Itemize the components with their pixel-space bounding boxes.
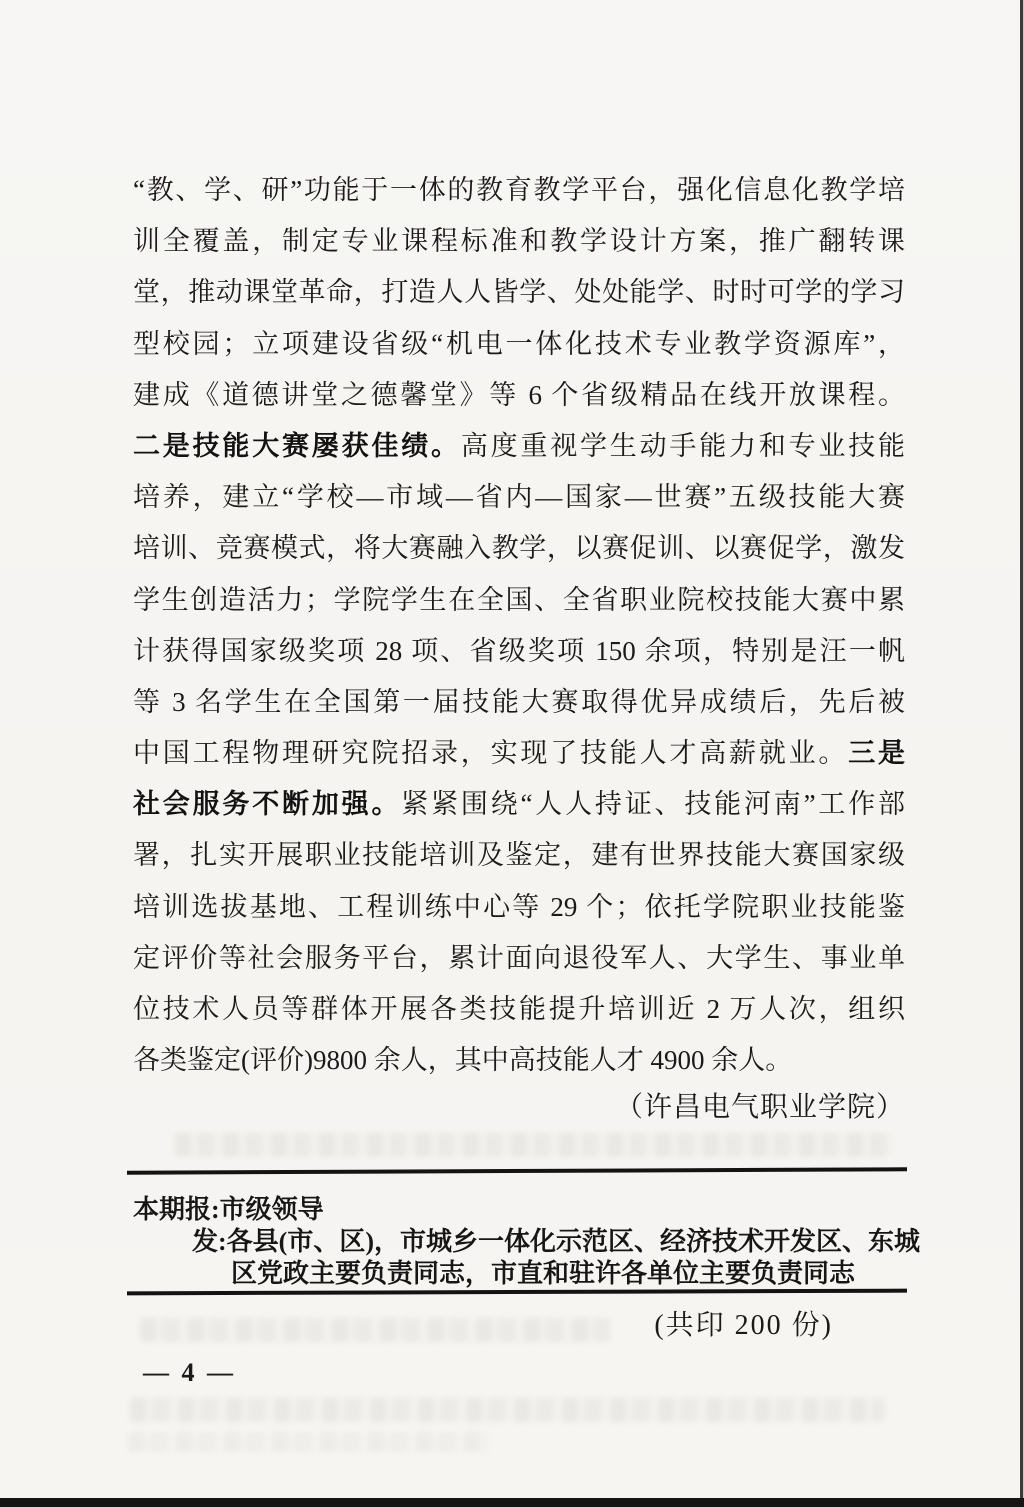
body-text-line: 训全覆盖，制定专业课程标准和教学设计方案，推广翻转课 — [133, 216, 905, 267]
footer-report-label: 本期报: — [133, 1195, 220, 1224]
body-text-line: 培养，建立“学校—市域—省内—国家—世赛”五级技能大赛 — [133, 472, 905, 523]
print-count-note: (共印 200 份) — [654, 1303, 833, 1343]
body-text-segment: 定评价等社会服务平台，累计面向退役军人、大学生、事业单 — [133, 943, 905, 973]
footer-report-row: 本期报:市级领导 — [133, 1195, 324, 1225]
body-text-segment: 训全覆盖，制定专业课程标准和教学设计方案，推广翻转课 — [133, 226, 905, 256]
body-text-segment: 学生创造活力；学院学生在全国、全省职业院校技能大赛中累 — [133, 585, 905, 615]
body-text-segment-bold: 二是技能大赛屡获佳绩。 — [133, 431, 461, 461]
body-text-line: “教、学、研”功能于一体的教育教学平台，强化信息化教学培 — [133, 165, 905, 216]
bleedthrough-ghost-text — [175, 1133, 895, 1157]
body-text-segment: “教、学、研”功能于一体的教育教学平台，强化信息化教学培 — [133, 175, 905, 205]
body-text-segment: 高度重视学生动手能力和专业技能 — [461, 431, 905, 461]
body-text-line: 学生创造活力；学院学生在全国、全省职业院校技能大赛中累 — [133, 575, 905, 626]
body-text-segment: 堂，推动课堂革命，打造人人皆学、处处能学、时时可学的学习 — [133, 277, 905, 307]
body-text-segment: 署，扎实开展职业技能培训及鉴定，建有世界技能大赛国家级 — [133, 840, 905, 870]
body-text-line: 培训选拔基地、工程训练中心等 29 个；依托学院职业技能鉴 — [133, 882, 905, 933]
body-text-segment: 型校园；立项建设省级“机电一体化技术专业教学资源库”， — [133, 329, 905, 359]
body-text-line: 位技术人员等群体开展各类技能提升培训近 2 万人次，组织 — [133, 984, 905, 1035]
footer-distribute-line2: 区党政主要负责同志，市直和驻许各单位主要负责同志 — [231, 1259, 855, 1288]
footer-distribute-row: 发:各县(市、区)，市城乡一体化示范区、经济技术开发区、东城 — [192, 1227, 920, 1257]
body-text-line: 等 3 名学生在全国第一届技能大赛取得优异成绩后，先后被 — [133, 677, 905, 728]
scanned-document-page: “教、学、研”功能于一体的教育教学平台，强化信息化教学培训全覆盖，制定专业课程标… — [0, 0, 1024, 1507]
bleedthrough-ghost-text — [128, 1432, 488, 1452]
bleedthrough-ghost-text — [140, 1318, 610, 1342]
body-text-line: 型校园；立项建设省级“机电一体化技术专业教学资源库”， — [133, 319, 905, 370]
body-text-segment: 中国工程物理研究院招录，实现了技能人才高薪就业。 — [133, 738, 848, 768]
page-number: — 4 — — [143, 1358, 236, 1388]
body-text-segment: 建成《道德讲堂之德馨堂》等 6 个省级精品在线开放课程。 — [133, 380, 905, 410]
print-count-text: (共印 200 份) — [654, 1310, 833, 1341]
bleedthrough-ghost-text — [130, 1398, 885, 1422]
separator-line-bottom — [127, 1289, 907, 1296]
body-text-line: 计获得国家级奖项 28 项、省级奖项 150 余项，特别是汪一帆 — [133, 626, 905, 677]
signature-text: （许昌电气职业学院） — [615, 1092, 905, 1123]
body-text-segment: 紧紧围绕“人人持证、技能河南”工作部 — [401, 789, 905, 819]
body-text-segment: 培养，建立“学校—市域—省内—国家—世赛”五级技能大赛 — [133, 482, 905, 512]
body-text-line: 堂，推动课堂革命，打造人人皆学、处处能学、时时可学的学习 — [133, 267, 905, 318]
body-text-segment: 等 3 名学生在全国第一届技能大赛取得优异成绩后，先后被 — [133, 687, 905, 717]
body-text-segment: 位技术人员等群体开展各类技能提升培训近 2 万人次，组织 — [133, 994, 905, 1024]
body-text-segment: 各类鉴定(评价)9800 余人，其中高技能人才 4900 余人。 — [133, 1045, 792, 1075]
body-text-line: 定评价等社会服务平台，累计面向退役军人、大学生、事业单 — [133, 933, 905, 984]
body-text-segment: 培训选拔基地、工程训练中心等 29 个；依托学院职业技能鉴 — [133, 892, 905, 922]
signature-attribution: （许昌电气职业学院） — [133, 1086, 905, 1130]
body-text-line: 社会服务不断加强。紧紧围绕“人人持证、技能河南”工作部 — [133, 779, 905, 830]
separator-line-top — [127, 1167, 907, 1174]
footer-distribute-label: 发: — [192, 1227, 227, 1256]
body-text-line: 建成《道德讲堂之德馨堂》等 6 个省级精品在线开放课程。 — [133, 370, 905, 421]
body-text-segment-bold: 三是 — [848, 738, 905, 768]
body-text-segment: 培训、竞赛模式，将大赛融入教学，以赛促训、以赛促学，激发 — [133, 533, 905, 563]
footer-report-value: 市级领导 — [220, 1195, 324, 1224]
body-text-segment: 计获得国家级奖项 28 项、省级奖项 150 余项，特别是汪一帆 — [133, 636, 905, 666]
body-text-line: 培训、竞赛模式，将大赛融入教学，以赛促训、以赛促学，激发 — [133, 523, 905, 574]
scan-edge-bottom — [0, 1498, 1024, 1507]
body-text-line: 二是技能大赛屡获佳绩。高度重视学生动手能力和专业技能 — [133, 421, 905, 472]
body-text-line: 各类鉴定(评价)9800 余人，其中高技能人才 4900 余人。 — [133, 1035, 905, 1086]
body-text-segment-bold: 社会服务不断加强。 — [133, 789, 401, 819]
page-number-text: — 4 — — [143, 1358, 236, 1387]
document-body: “教、学、研”功能于一体的教育教学平台，强化信息化教学培训全覆盖，制定专业课程标… — [133, 165, 905, 1086]
footer-distribute-continuation: 区党政主要负责同志，市直和驻许各单位主要负责同志 — [231, 1259, 855, 1289]
body-text-line: 中国工程物理研究院招录，实现了技能人才高薪就业。三是 — [133, 728, 905, 779]
footer-distribute-line1: 各县(市、区)，市城乡一体化示范区、经济技术开发区、东城 — [227, 1227, 920, 1256]
body-text-line: 署，扎实开展职业技能培训及鉴定，建有世界技能大赛国家级 — [133, 830, 905, 881]
